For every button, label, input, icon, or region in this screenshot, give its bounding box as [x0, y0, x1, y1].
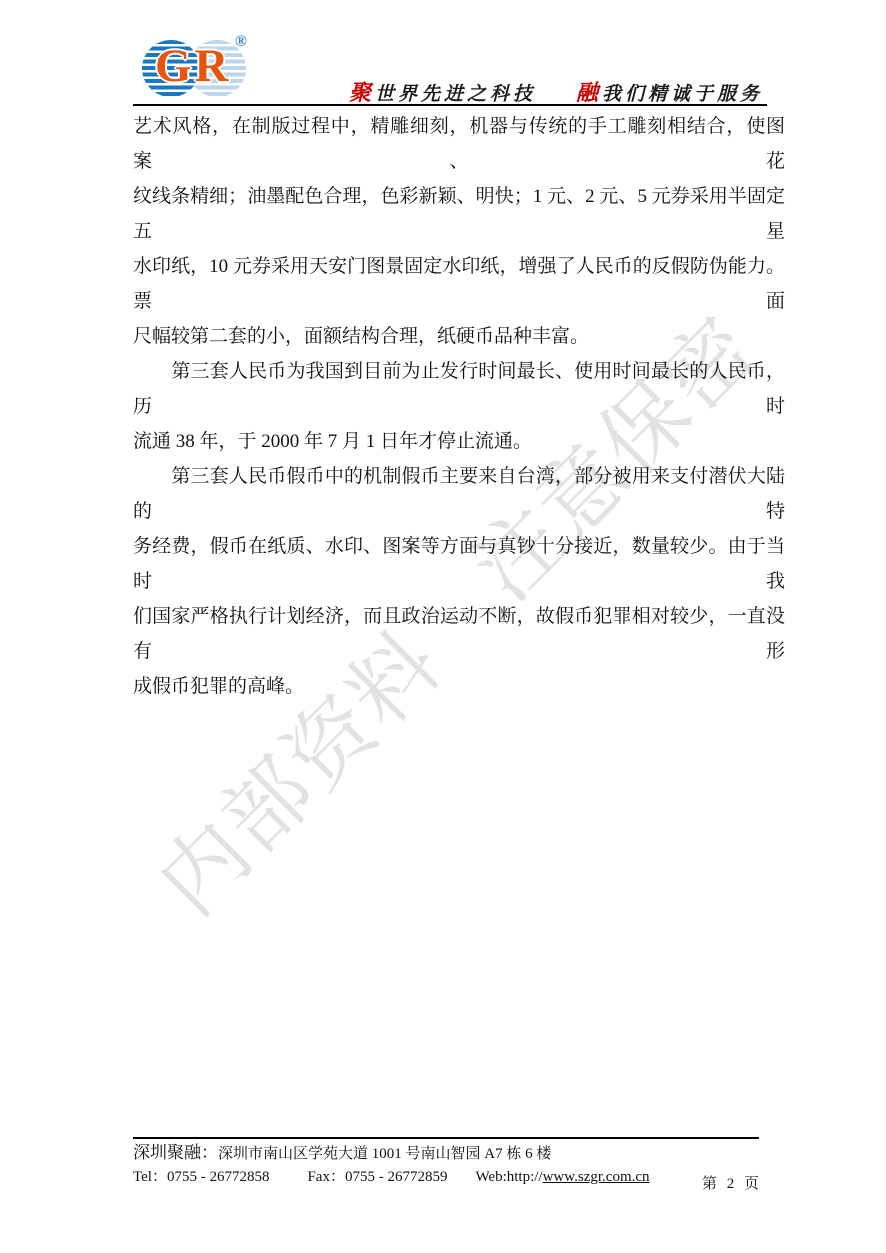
- page-number: 第 2 页: [702, 1172, 762, 1193]
- slogan-part1-text: 世界先进之科技: [375, 84, 536, 105]
- tel-number: 0755 - 26772858: [167, 1169, 270, 1185]
- tel-label: Tel：: [133, 1169, 167, 1185]
- slogan-part2-red-char: 融: [576, 80, 602, 105]
- footer-contact-line: Tel：0755 - 26772858Fax：0755 - 26772859We…: [133, 1166, 650, 1188]
- body-line: 艺术风格，在制版过程中，精雕细刻，机器与传统的手工雕刻相结合，使图案、花: [133, 109, 785, 179]
- slogan-part2-text: 我们精诚于服务: [602, 84, 763, 105]
- fax-label: Fax：: [307, 1169, 345, 1185]
- body-line: 务经费，假币在纸质、水印、图案等方面与真钞十分接近，数量较少。由于当时我: [133, 529, 785, 599]
- fax-number: 0755 - 26772859: [345, 1169, 448, 1185]
- body-line: 第三套人民币假币中的机制假币主要来自台湾，部分被用来支付潜伏大陆的特: [133, 459, 785, 529]
- document-body: 艺术风格，在制版过程中，精雕细刻，机器与传统的手工雕刻相结合，使图案、花 纹线条…: [133, 109, 785, 704]
- body-line: 尺幅较第二套的小，面额结构合理，纸硬币品种丰富。: [133, 319, 785, 354]
- footer-divider: [133, 1137, 759, 1139]
- registered-trademark-icon: ®: [235, 33, 247, 51]
- web-label: Web:http://: [475, 1169, 542, 1185]
- header-slogan: 聚世界先进之科技融我们精诚于服务: [349, 76, 763, 107]
- logo-letters: GR: [155, 40, 232, 92]
- slogan-part1-red-char: 聚: [349, 80, 375, 105]
- body-line: 成假币犯罪的高峰。: [133, 669, 785, 704]
- body-line: 纹线条精细；油墨配色合理，色彩新颖、明快；1 元、2 元、5 元券采用半固定五星: [133, 179, 785, 249]
- website-link[interactable]: www.szgr.com.cn: [543, 1169, 650, 1185]
- body-line: 第三套人民币为我国到目前为止发行时间最长、使用时间最长的人民币，历时: [133, 354, 785, 424]
- body-line: 水印纸，10 元券采用天安门图景固定水印纸，增强了人民币的反假防伪能力。票面: [133, 249, 785, 319]
- body-line: 们国家严格执行计划经济，而且政治运动不断，故假币犯罪相对较少，一直没有形: [133, 599, 785, 669]
- company-logo: GR ®: [142, 34, 260, 102]
- document-page: GR ® 聚世界先进之科技融我们精诚于服务 内部资料 注意保密 艺术风格，在制版…: [0, 0, 886, 1253]
- footer-address-line: 深圳聚融：深圳市南山区学苑大道 1001 号南山智园 A7 栋 6 楼: [133, 1142, 551, 1165]
- company-address: 深圳市南山区学苑大道 1001 号南山智园 A7 栋 6 楼: [218, 1146, 551, 1162]
- body-line: 流通 38 年，于 2000 年 7 月 1 日年才停止流通。: [133, 424, 785, 459]
- company-name-label: 深圳聚融：: [133, 1143, 218, 1162]
- header-divider: [133, 104, 767, 106]
